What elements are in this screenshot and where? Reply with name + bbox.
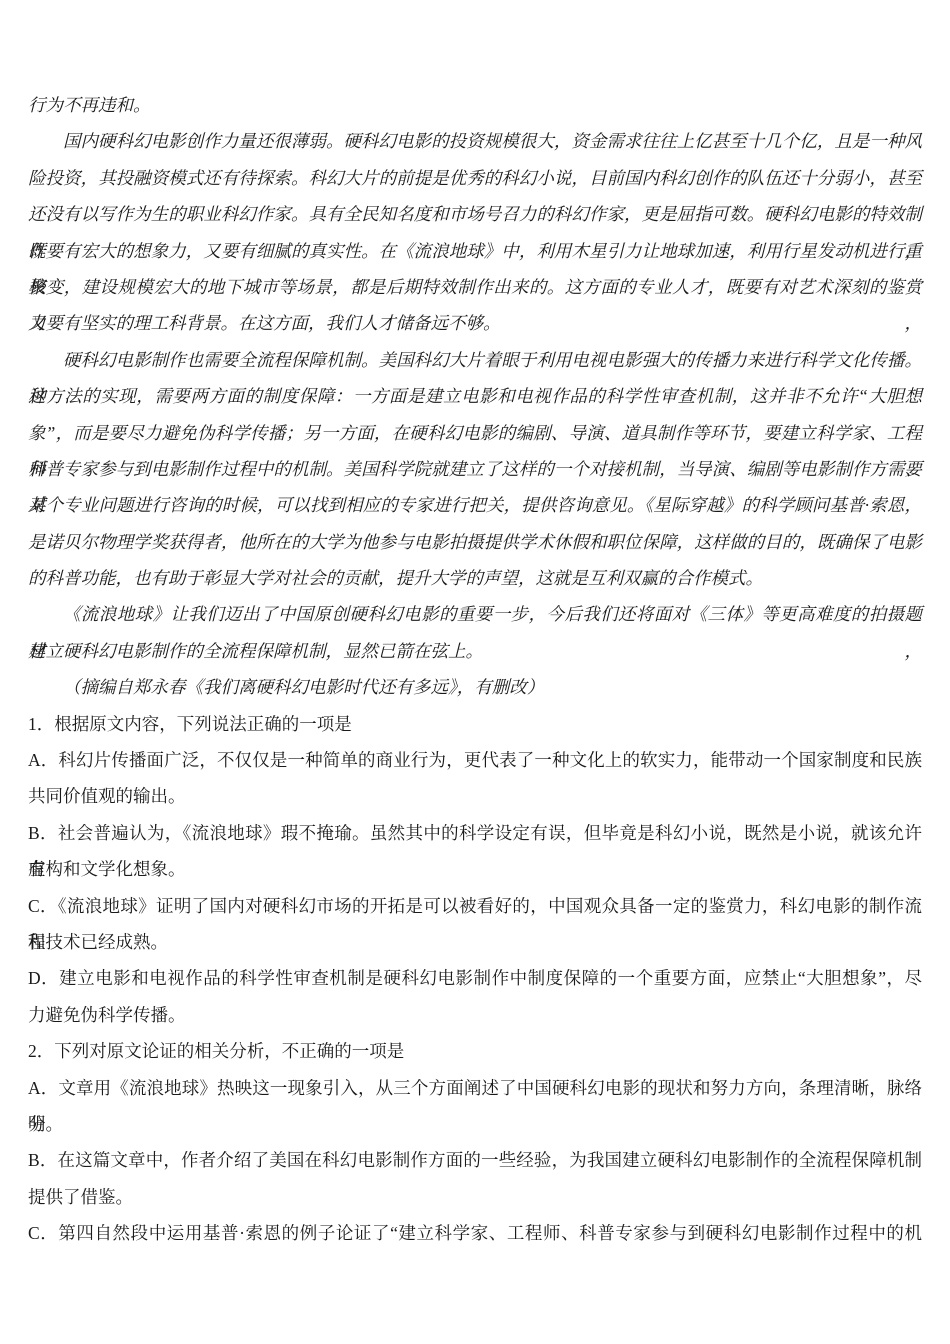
passage-line: 硬科幻电影制作也需要全流程保障机制。美国科幻大片着眼于利用电视电影强大的传播力来… [28,342,922,378]
question-2-option-a-line: A．文章用《流浪地球》热映这一现象引入，从三个方面阐述了中国硬科幻电影的现状和努… [28,1070,922,1106]
passage-line: 还没有以写作为生的职业科幻作家。具有全民知名度和市场号召力的科幻作家，更是屈指可… [28,196,922,232]
question-1-option-b-line: 虚构和文学化想象。 [28,851,922,887]
question-1-option-d-line: D．建立电影和电视作品的科学性审查机制是硬科幻电影制作中制度保障的一个重要方面，… [28,960,922,996]
question-2-option-b-line: 提供了借鉴。 [28,1179,922,1215]
question-1-option-a-line: 共同价值观的输出。 [28,778,922,814]
question-2: 2．下列对原文论证的相关分析，不正确的一项是 A．文章用《流浪地球》热映这一现象… [28,1033,922,1251]
question-1-option-c-line: 和技术已经成熟。 [28,924,922,960]
passage-line: 既要有宏大的想象力，又要有细腻的真实性。在《流浪地球》中，利用木星引力让地球加速… [28,233,922,269]
question-2-option-a-line: 明。 [28,1106,922,1142]
passage-line: 险投资，其投融资模式还有待探索。科幻大片的前提是优秀的科幻小说，目前国内科幻创作… [28,160,922,196]
exam-document-page: 行为不再违和。 国内硬科幻电影创作力量还很薄弱。硬科幻电影的投资规模很大，资金需… [28,87,922,1252]
question-1-stem: 1．根据原文内容，下列说法正确的一项是 [28,706,922,742]
passage-line: 科普专家参与到电影制作过程中的机制。美国科学院就建立了这样的一个对接机制，当导演… [28,451,922,487]
question-1-option-d-line: 力避免伪科学传播。 [28,997,922,1033]
passage-attribution: （摘编自郑永春《我们离硬科幻电影时代还有多远》，有删改） [28,669,922,705]
passage-line: 某个专业问题进行咨询的时候，可以找到相应的专家进行把关，提供咨询意见。《星际穿越… [28,487,922,523]
question-1-option-b-line: B．社会普遍认为，《流浪地球》瑕不掩瑜。虽然其中的科学设定有误，但毕竟是科幻小说… [28,815,922,851]
passage-line: 聚变，建设规模宏大的地下城市等场景，都是后期特效制作出来的。这方面的专业人才，既… [28,269,922,305]
passage-line: 《流浪地球》让我们迈出了中国原创硬科幻电影的重要一步，今后我们还将面对《三体》等… [28,596,922,632]
question-1-option-c-line: C．《流浪地球》证明了国内对硬科幻市场的开拓是可以被看好的，中国观众具备一定的鉴… [28,888,922,924]
passage-line: 象”，而是要尽力避免伪科学传播；另一方面，在硬科幻电影的编剧、导演、道具制作等环… [28,415,922,451]
question-2-option-c-line: C．第四自然段中运用基普·索恩的例子论证了“建立科学家、工程师、科普专家参与到硬… [28,1215,922,1251]
passage-line: 国内硬科幻电影创作力量还很薄弱。硬科幻电影的投资规模很大，资金需求往往上亿甚至十… [28,123,922,159]
passage-line: 是诺贝尔物理学奖获得者，他所在的大学为他参与电影拍摄提供学术休假和职位保障，这样… [28,524,922,560]
passage: 行为不再违和。 国内硬科幻电影创作力量还很薄弱。硬科幻电影的投资规模很大，资金需… [28,87,922,706]
question-1-option-a-line: A．科幻片传播面广泛，不仅仅是一种简单的商业行为，更代表了一种文化上的软实力，能… [28,742,922,778]
passage-line: 行为不再违和。 [28,87,922,123]
passage-line: 种方法的实现，需要两方面的制度保障：一方面是建立电影和电视作品的科学性审查机制，… [28,378,922,414]
question-1: 1．根据原文内容，下列说法正确的一项是 A．科幻片传播面广泛，不仅仅是一种简单的… [28,706,922,1034]
passage-line: 的科普功能，也有助于彰显大学对社会的贡献，提升大学的声望，这就是互利双赢的合作模… [28,560,922,596]
question-2-stem: 2．下列对原文论证的相关分析，不正确的一项是 [28,1033,922,1069]
question-2-option-b-line: B．在这篇文章中，作者介绍了美国在科幻电影制作方面的一些经验，为我国建立硬科幻电… [28,1142,922,1178]
